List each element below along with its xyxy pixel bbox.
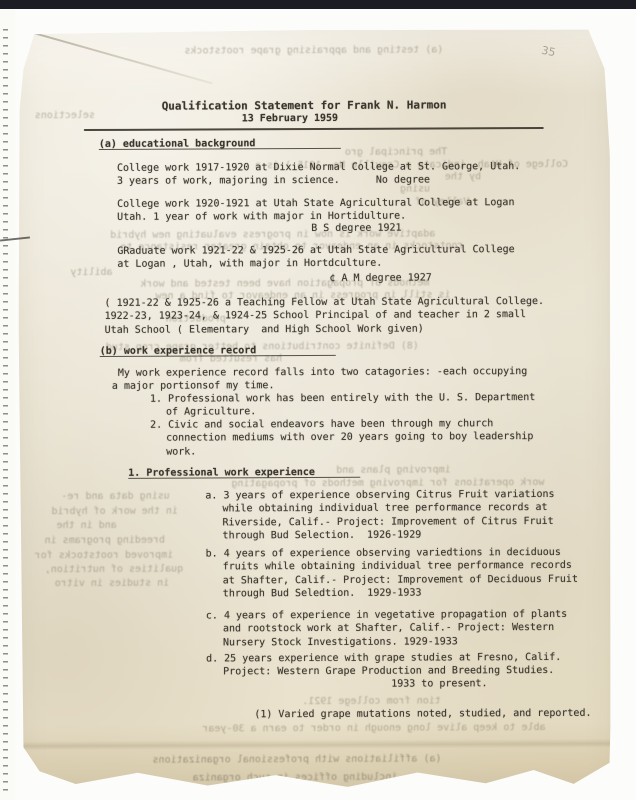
text-line: 1933 to present. [391, 677, 487, 691]
text-line: 1. Professional work has been entirely w… [150, 391, 535, 406]
heading-educational-background: (a) educational background [99, 137, 341, 150]
pencil-mark: 35 [540, 44, 556, 60]
text-line: connection mediums with over 20 years go… [166, 430, 533, 445]
teaching-fellow-note: ( 1921-22 & 1925-26 a Teaching Fellow at… [105, 295, 545, 337]
text-line: (1) Varied grape mutations noted, studie… [254, 707, 591, 722]
bleedthrough-line: (a) affiliations with professional organ… [152, 752, 441, 766]
document-content: Qualification Statement for Frank N. Har… [14, 27, 612, 30]
bleedthrough-line: selections [35, 109, 95, 122]
text-line: GRaduate work 1921-22 & 1925-26 at Utah … [117, 243, 514, 258]
crease-top-left [34, 32, 213, 84]
bleedthrough-line: and in the [56, 519, 116, 532]
bleedthrough-line: (a) testing and appraising grape rootsto… [184, 43, 443, 57]
edu-dixie-college: College work 1917-1920 at Dixie Normal C… [117, 160, 520, 189]
edu-graduate-work: GRaduate work 1921-22 & 1925-26 at Utah … [117, 243, 514, 272]
paper-page: (a) testing and appraising grape rootsto… [14, 27, 615, 794]
text-line: Riverside, Calif.- Project: Improvement … [222, 515, 554, 530]
scanned-document: (a) testing and appraising grape rootsto… [0, 0, 636, 800]
text-line: through Bud Selection. 1926-1929 [223, 528, 555, 543]
bleedthrough-line: ability [70, 266, 112, 279]
text-line: 13 February 1959 [242, 112, 338, 126]
experience-item-b: b. 4 years of experience observing varie… [206, 546, 578, 601]
text-line: ¢ A M degree 1927 [329, 271, 431, 285]
text-line: at Logan , Utah, with major in Hortdcult… [117, 257, 514, 272]
text-line: and rootstock work at Shafter, Calif.- P… [223, 621, 567, 636]
scanner-top-band [0, 0, 636, 9]
bleedthrough-layer: (a) testing and appraising grape rootsto… [14, 27, 612, 30]
bleedthrough-line: breeding programs in [45, 534, 165, 548]
text-line: fruits while obtaining individual tree p… [223, 559, 578, 574]
document-title: Qualification Statement for Frank N. Har… [162, 98, 447, 113]
bleedthrough-line: qualities of nutrition, [45, 563, 184, 577]
work-category-1: 1. Professional work has been entirely w… [150, 391, 535, 419]
text-line: while obtaining individual tree performa… [222, 501, 554, 516]
experience-item-a: a. 3 years of experience observing Citru… [205, 488, 554, 543]
edu-usac-college: College work 1920-1921 at Utah State Agr… [117, 196, 514, 225]
bleedthrough-line: improved rootstocks for [35, 549, 174, 563]
bleedthrough-line: The principal gro [345, 145, 447, 158]
text-line: 3 years of work, majoring in science. No… [117, 174, 520, 189]
text-line: College work 1917-1920 at Dixie Normal C… [117, 160, 520, 175]
degree-am: ¢ A M degree 1927 [329, 271, 431, 285]
crease-bottom [17, 739, 615, 751]
text-line: Qualification Statement for Frank N. Har… [162, 98, 447, 113]
bleedthrough-line: in studies in vitro [55, 577, 169, 590]
grape-note: (1) Varied grape mutations noted, studie… [254, 707, 591, 722]
text-line: B S degree 1921 [311, 222, 401, 236]
bleedthrough-line: tion from college 1921. [302, 694, 441, 708]
text-line: work. [166, 444, 533, 459]
heading-professional-work: 1. Professional work experience [128, 466, 360, 479]
degree-bs: B S degree 1921 [311, 222, 401, 236]
experience-item-c: c. 4 years of experience in vegetative p… [206, 608, 567, 650]
bleedthrough-line: including offices in such organiza [193, 771, 398, 785]
film-strip-edge [0, 9, 15, 800]
header-rule [84, 127, 544, 131]
date-present: 1933 to present. [391, 677, 487, 691]
text-line: Nursery Stock Investigations. 1929-1933 [223, 635, 567, 650]
work-category-2: 2. Civic and social endeavors have been … [150, 417, 533, 459]
bleedthrough-line: using data and re- [61, 490, 169, 503]
heading-work-experience: (b) work experience record [100, 344, 336, 357]
experience-item-d: d. 25 years experience with grape studie… [206, 651, 561, 679]
work-intro: My work experience record falls into two… [118, 365, 528, 394]
text-line: at Shafter, Calif.- Project: Improvement… [223, 573, 578, 588]
text-line: Utah School ( Elementary and High School… [105, 322, 545, 337]
text-line: 1922-23, 1923-24, & 1924-25 School Princ… [105, 308, 545, 323]
text-line: College work 1920-1921 at Utah State Agr… [117, 196, 514, 211]
bleedthrough-line: in the work of hybrid [51, 505, 177, 519]
bleedthrough-line: able to keep alive long enough in order … [202, 721, 545, 735]
text-line: My work experience record falls into two… [118, 365, 527, 380]
document-date: 13 February 1959 [242, 112, 338, 126]
text-line: through Bud Seledtion. 1929-1933 [223, 586, 578, 601]
